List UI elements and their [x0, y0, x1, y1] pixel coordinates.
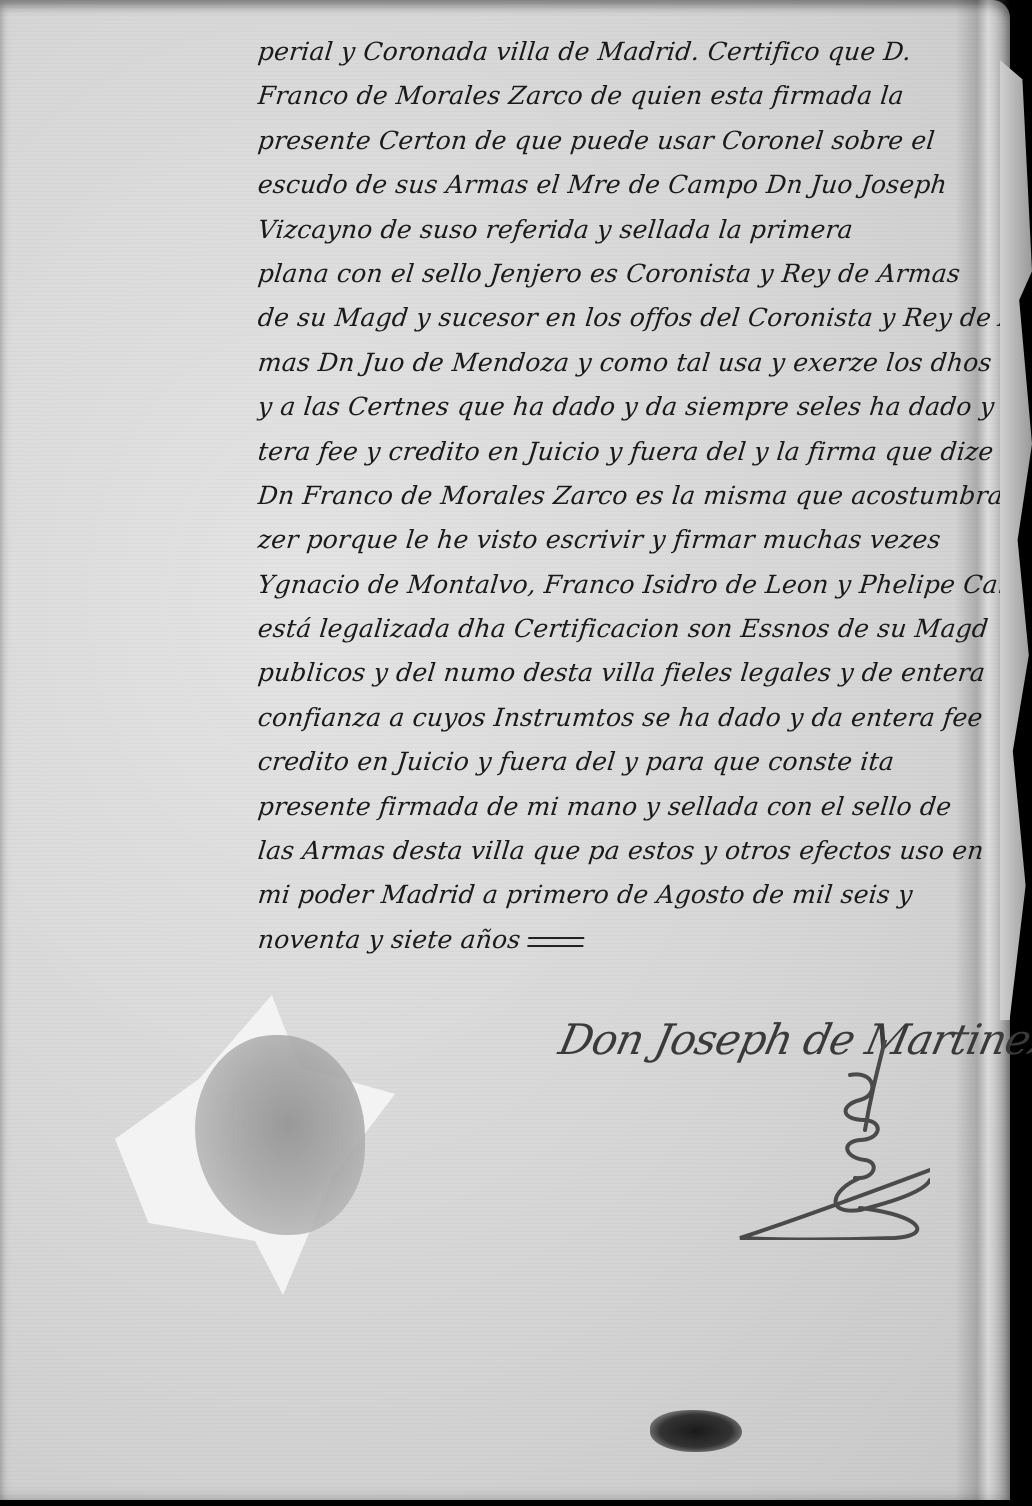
text-line: presente Certon de que puede usar Corone…: [256, 119, 1021, 163]
text-line: mas Dn Juo de Mendoza y como tal usa y e…: [256, 341, 1021, 385]
text-line: zer porque le he visto escrivir y firmar…: [256, 518, 1021, 562]
text-line: Franco de Morales Zarco de quien esta fi…: [256, 74, 1021, 118]
text-line: escudo de sus Armas el Mre de Campo Dn J…: [256, 163, 1021, 207]
manuscript-page: perial y Coronada villa de Madrid. Certi…: [0, 0, 1010, 1500]
text-line: está legalizada dha Certificacion son Es…: [256, 607, 1021, 651]
text-line: tera fee y credito en Juicio y fuera del…: [256, 430, 1021, 474]
rubric-flourish-icon: [700, 1040, 930, 1240]
closing-flourish-icon: [528, 936, 585, 946]
text-line: plana con el sello Jenjero es Coronista …: [256, 252, 1021, 296]
text-line: Vizcayno de suso referida y sellada la p…: [256, 208, 1021, 252]
text-line: confianza a cuyos Instrumtos se ha dado …: [256, 696, 1021, 740]
text-line: publicos y del numo desta villa fieles l…: [256, 651, 1021, 695]
text-line: Ygnacio de Montalvo, Franco Isidro de Le…: [256, 563, 1021, 607]
final-line-text: noventa y siete años: [257, 925, 522, 954]
wax-seal: [115, 995, 395, 1295]
text-line: credito en Juicio y fuera del y para que…: [256, 740, 1021, 784]
torn-edge: [1000, 60, 1032, 1020]
text-line: presente firmada de mi mano y sellada co…: [256, 785, 1021, 829]
text-line: y a las Certnes que ha dado y da siempre…: [256, 385, 1021, 429]
text-line: de su Magd y sucesor en los offos del Co…: [256, 296, 1021, 340]
ink-blot: [650, 1410, 742, 1452]
text-line: las Armas desta villa que pa estos y otr…: [256, 829, 1021, 873]
text-line: perial y Coronada villa de Madrid. Certi…: [256, 30, 1021, 74]
text-line: Dn Franco de Morales Zarco es la misma q…: [256, 474, 1021, 518]
text-line-final: noventa y siete años: [256, 918, 1021, 962]
text-line: mi poder Madrid a primero de Agosto de m…: [256, 873, 1021, 917]
certificate-text: perial y Coronada villa de Madrid. Certi…: [258, 30, 1018, 962]
